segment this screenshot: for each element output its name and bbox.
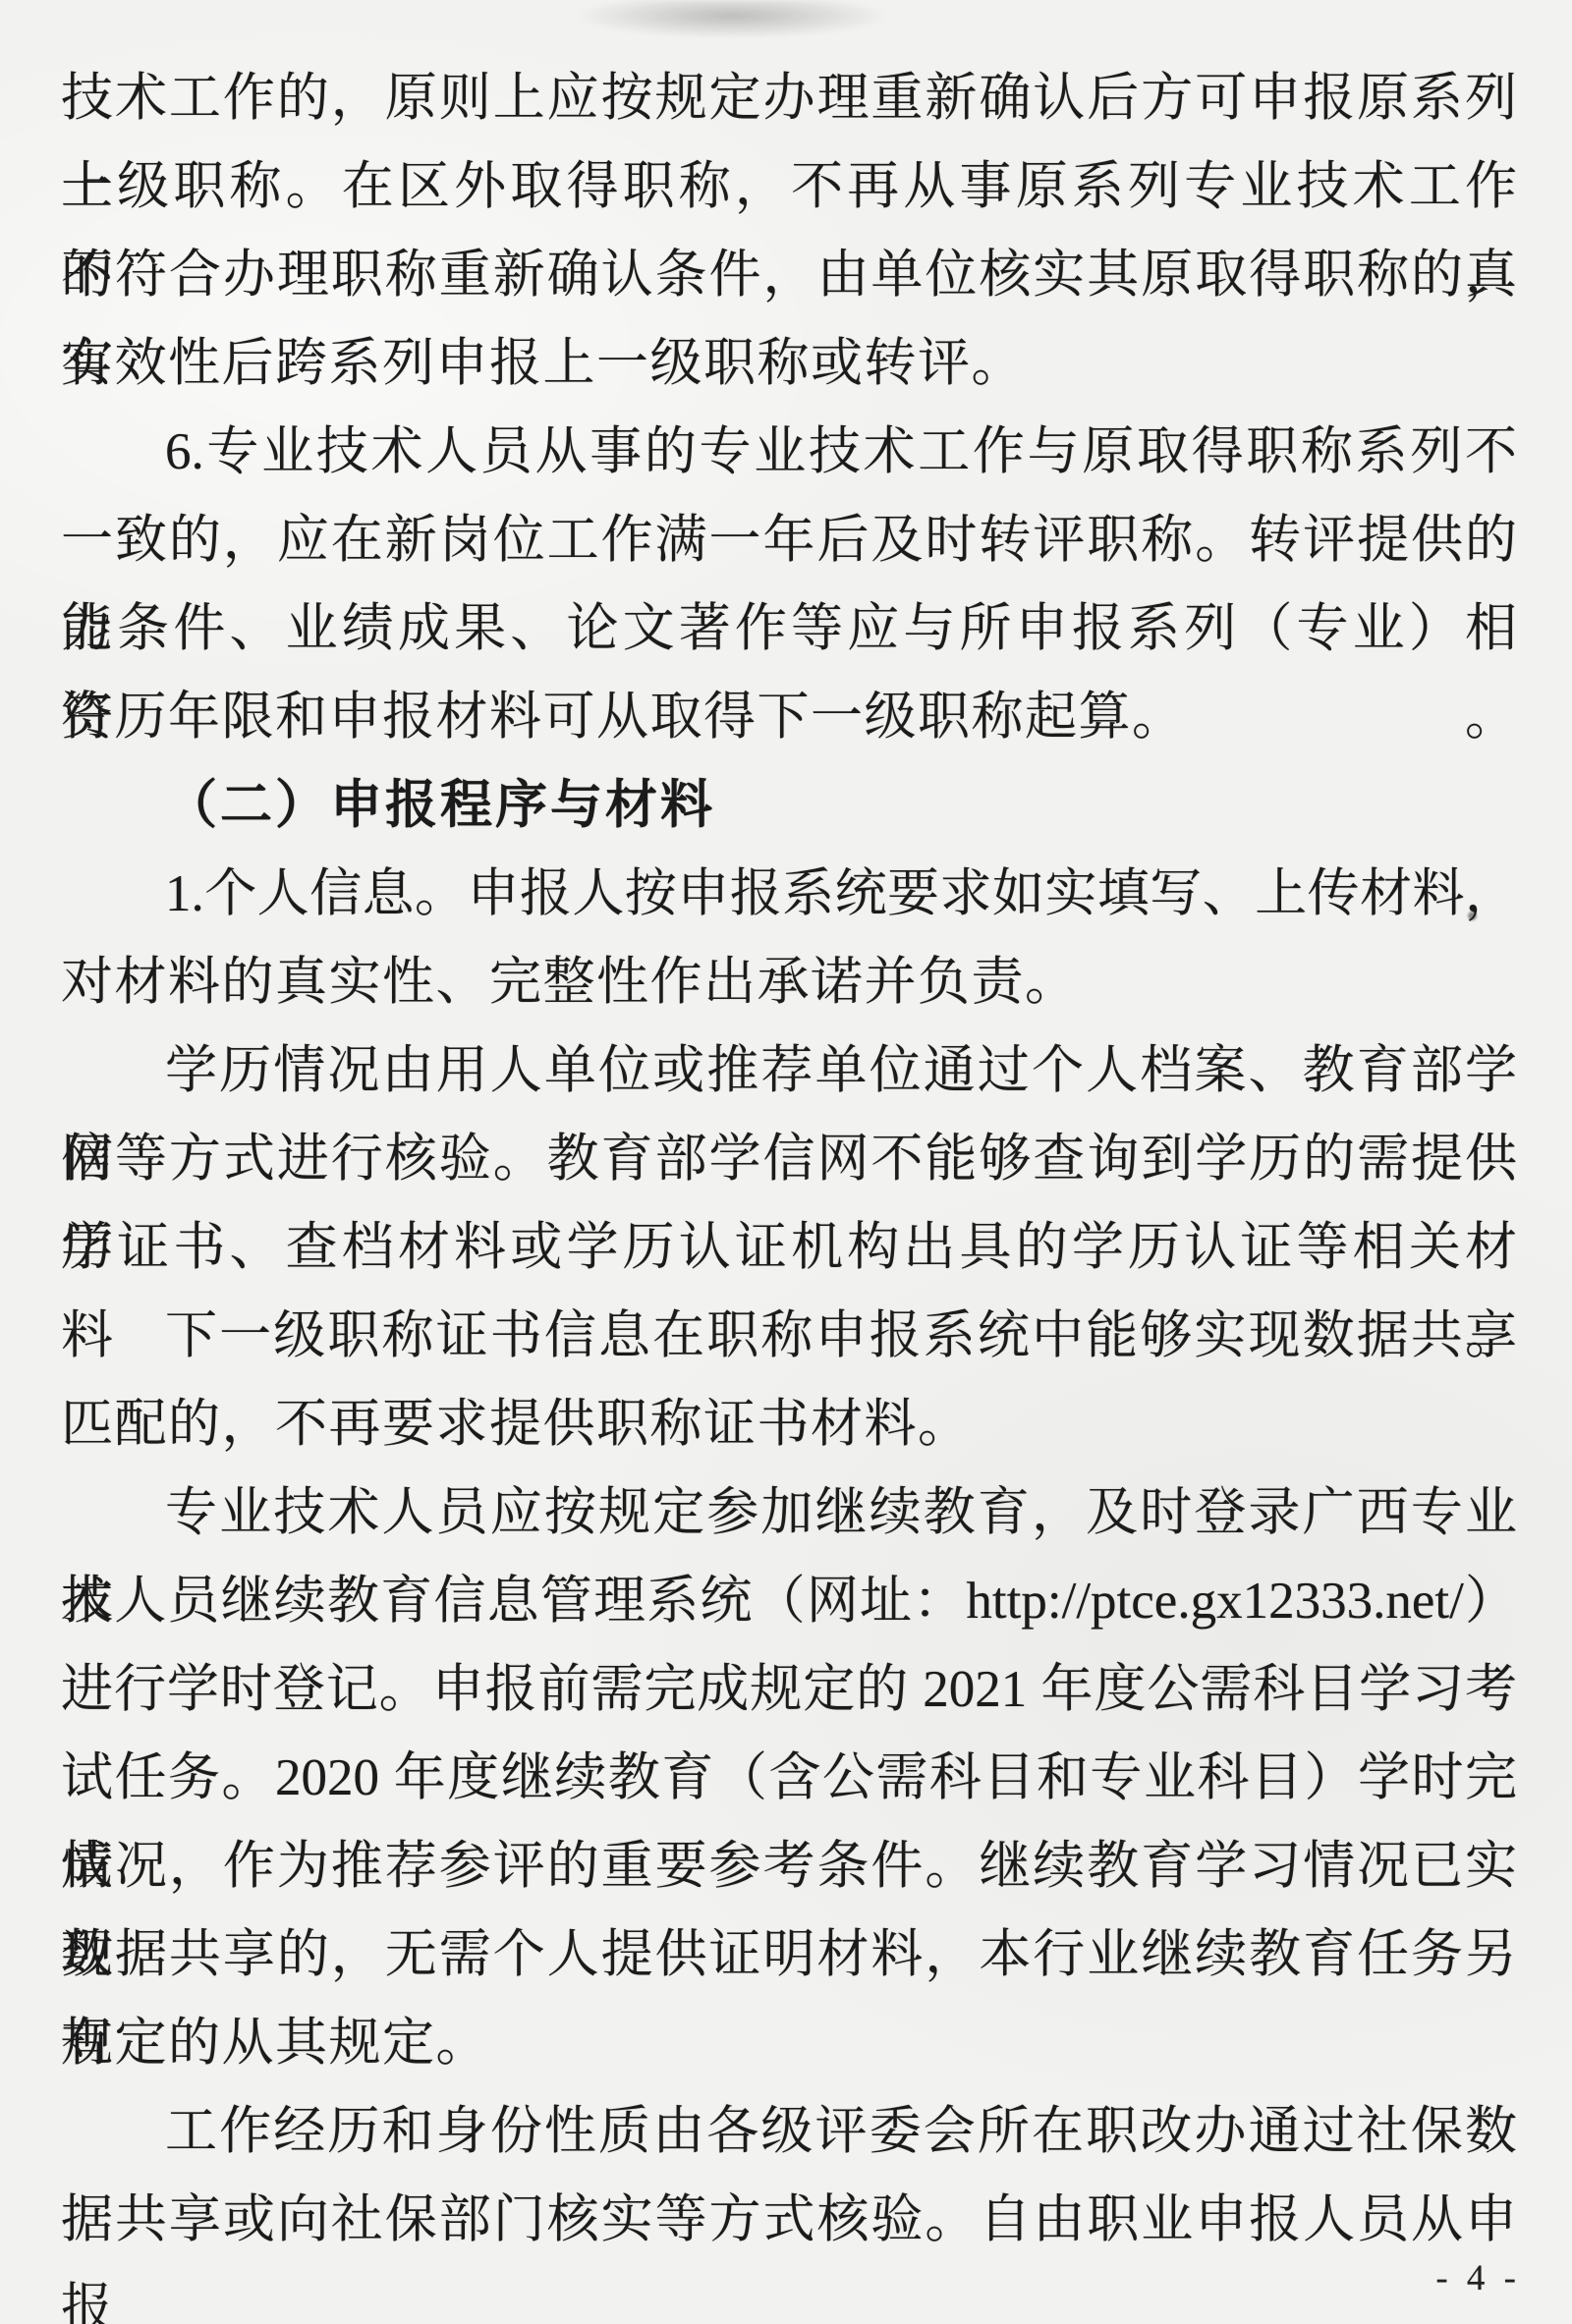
document-line: 6.专业技术人员从事的专业技术工作与原取得职称系列不 [61, 408, 1517, 496]
document-line: 学历情况由用人单位或推荐单位通过个人档案、教育部学信 [61, 1026, 1517, 1115]
document-line: 下一级职称证书信息在职称申报系统中能够实现数据共享 [61, 1292, 1517, 1380]
document-line: 术人员继续教育信息管理系统（网址：http://ptce.gx12333.net… [61, 1557, 1517, 1645]
document-line: 网等方式进行核验。教育部学信网不能够查询到学历的需提供学 [61, 1115, 1517, 1203]
document-line: 试任务。2020 年度继续教育（含公需科目和专业科目）学时完成 [61, 1734, 1517, 1822]
document-line: 技术工作的，原则上应按规定办理重新确认后方可申报原系列上 [61, 54, 1517, 142]
document-line: 数据共享的，无需个人提供证明材料，本行业继续教育任务另有 [61, 1910, 1517, 1999]
document-line: 力条件、业绩成果、论文著作等应与所申报系列（专业）相符。 [61, 584, 1517, 673]
document-line: 工作经历和身份性质由各级评委会所在职改办通过社保数 [61, 2087, 1517, 2176]
document-line: 进行学时登记。申报前需完成规定的 2021 年度公需科目学习考 [61, 1645, 1517, 1734]
document-line: 对材料的真实性、完整性作出承诺并负责。 [61, 938, 1517, 1026]
scan-smudge-artifact [570, 0, 894, 39]
document-line: 一级职称。在区外取得职称，不再从事原系列专业技术工作的， [61, 142, 1517, 231]
document-line: 1.个人信息。申报人按申报系统要求如实填写、上传材料， [61, 850, 1517, 938]
document-line: 据共享或向社保部门核实等方式核验。自由职业申报人员从申报 [61, 2176, 1517, 2264]
page-number: - 4 - [1435, 2255, 1521, 2302]
document-line: 匹配的，不再要求提供职称证书材料。 [61, 1380, 1517, 1468]
document-text: 技术工作的，原则上应按规定办理重新确认后方可申报原系列上 一级职称。在区外取得职… [61, 54, 1517, 2264]
document-line: 一致的，应在新岗位工作满一年后及时转评职称。转评提供的能 [61, 496, 1517, 584]
document-line: 专业技术人员应按规定参加继续教育，及时登录广西专业技 [61, 1468, 1517, 1557]
scanned-document-page: 技术工作的，原则上应按规定办理重新确认后方可申报原系列上 一级职称。在区外取得职… [0, 0, 1572, 2324]
document-line: 历证书、查档材料或学历认证机构出具的学历认证等相关材料。 [61, 1203, 1517, 1292]
document-line: 情况，作为推荐参评的重要参考条件。继续教育学习情况已实现 [61, 1822, 1517, 1910]
document-line: 规定的从其规定。 [61, 1999, 1517, 2087]
document-line: 不符合办理职称重新确认条件，由单位核实其原取得职称的真实 [61, 231, 1517, 319]
document-line: 有效性后跨系列申报上一级职称或转评。 [61, 319, 1517, 408]
section-heading: （二）申报程序与材料 [61, 761, 1517, 850]
